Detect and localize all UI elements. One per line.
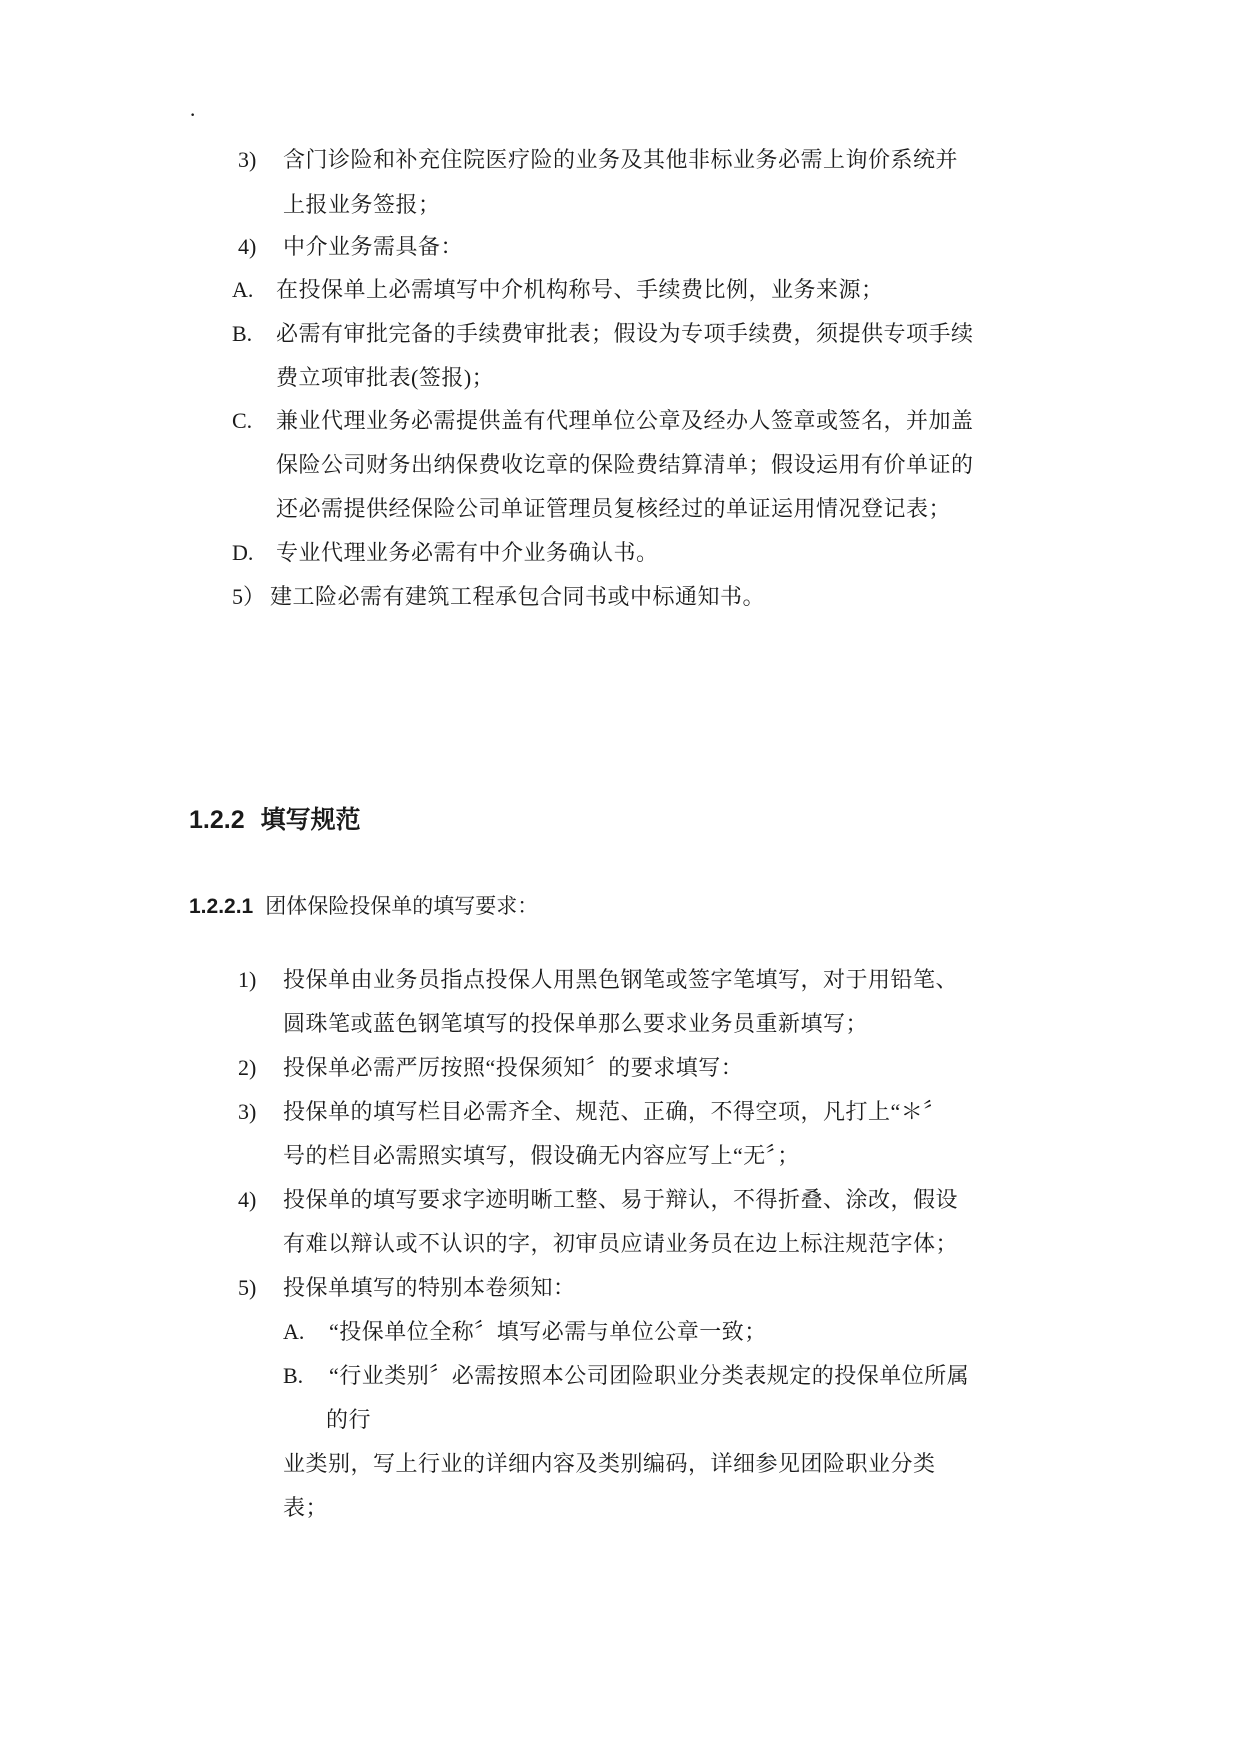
list-marker: 5） [232,582,265,612]
list-item-line: 中介业务需具备： [283,232,463,262]
list-marker: D. [232,538,253,568]
list-marker: 5) [238,1273,256,1303]
list-item-line: 投保单必需严厉按照“投保须知〞的要求填写： [283,1053,743,1083]
list-marker: A. [232,275,253,305]
section-heading: 1.2.2填写规范 [189,804,361,836]
list-marker: 3) [238,145,256,175]
list-item-line: 有难以辩认或不认识的字，初审员应请业务员在边上标注规范字体； [283,1229,958,1259]
list-marker: B. [232,319,252,349]
list-item-line: 还必需提供经保险公司单证管理员复核经过的单证运用情况登记表； [276,494,951,524]
list-item-line: 号的栏目必需照实填写，假设确无内容应写上“无〞； [283,1141,800,1171]
list-item-line: “投保单位全称〞填写必需与单位公章一致； [329,1317,767,1347]
list-marker: 2) [238,1053,256,1083]
section-title: 填写规范 [261,806,361,834]
continuation-line: 业类别，写上行业的详细内容及类别编码，详细参见团险职业分类 [283,1449,936,1479]
list-item-line: 投保单由业务员指点投保人用黑色钢笔或签字笔填写，对于用铅笔、 [283,965,958,995]
list-item-line: 投保单的填写要求字迹明晰工整、易于辩认，不得折叠、涂改，假设 [283,1185,958,1215]
document-page: · 3) 含门诊险和补充住院医疗险的业务及其他非标业务必需上询价系统并 上报业务… [0,0,1240,1753]
list-marker: 1) [238,965,256,995]
list-marker: B. [283,1361,303,1391]
list-item-line: 的行 [326,1405,371,1435]
list-item-line: 必需有审批完备的手续费审批表；假设为专项手续费，须提供专项手续 [276,319,974,349]
list-item-line: 建工险必需有建筑工程承包合同书或中标通知书。 [270,582,765,612]
page-marker-dot: · [189,104,196,126]
subsection-title: 团体保险投保单的填写要求： [265,895,538,918]
list-item-line: 圆珠笔或蓝色钢笔填写的投保单那么要求业务员重新填写； [283,1009,868,1039]
list-marker: 4) [238,1185,256,1215]
subsection-number: 1.2.2.1 [189,895,253,918]
list-item-line: 费立项审批表(签报)； [276,363,494,393]
list-item-line: 保险公司财务出纳保费收讫章的保险费结算清单；假设运用有价单证的 [276,450,974,480]
list-item-line: 含门诊险和补充住院医疗险的业务及其他非标业务必需上询价系统并 [283,145,958,175]
section-number: 1.2.2 [189,806,245,834]
list-item-line: 上报业务签报； [283,190,441,220]
list-marker: 4) [238,232,256,262]
list-item-line: 专业代理业务必需有中介业务确认书。 [276,538,659,568]
list-marker: A. [283,1317,304,1347]
list-item-line: “行业类别〞必需按照本公司团险职业分类表规定的投保单位所属 [329,1361,969,1391]
list-item-line: 投保单的填写栏目必需齐全、规范、正确，不得空项，凡打上“＊〞 [283,1097,946,1127]
list-item-line: 兼业代理业务必需提供盖有代理单位公章及经办人签章或签名，并加盖 [276,406,974,436]
list-item-line: 在投保单上必需填写中介机构称号、手续费比例，业务来源； [276,275,884,305]
continuation-line: 表； [283,1493,328,1523]
subsection-heading: 1.2.2.1团体保险投保单的填写要求： [189,892,538,922]
list-marker: 3) [238,1097,256,1127]
list-marker: C. [232,406,252,436]
list-item-line: 投保单填写的特别本卷须知： [283,1273,576,1303]
